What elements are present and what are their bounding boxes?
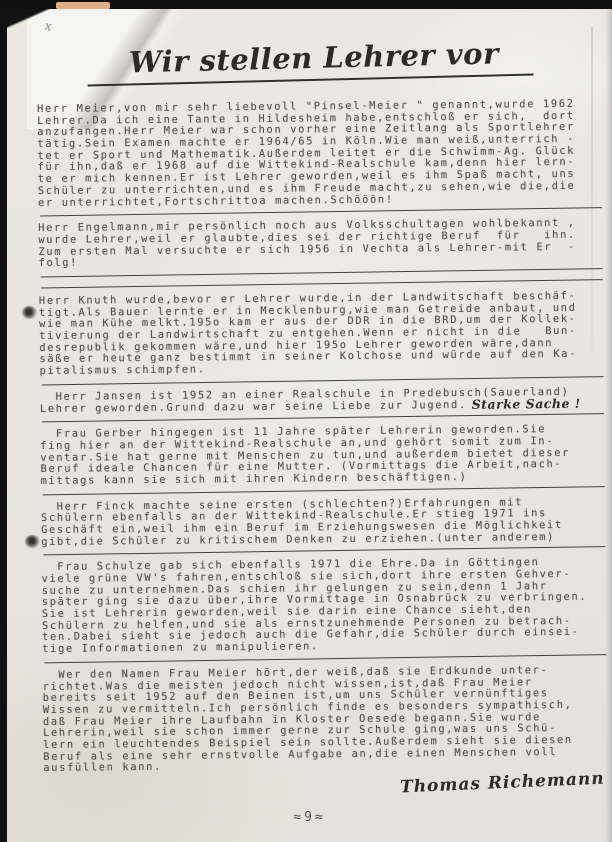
page-title: Wir stellen Lehrer vor: [128, 36, 499, 79]
scanner-edge-left: [0, 0, 7, 842]
author-signature: Thomas Richemann: [400, 769, 605, 798]
separator-line: [43, 546, 605, 555]
paragraph-frau-gerber: Frau Gerber hingegen ist 11 Jahre später…: [40, 424, 607, 488]
paragraph-herr-finck: Herr Finck machte seine ersten (schlecht…: [41, 496, 607, 548]
separator-line: [42, 413, 604, 422]
tape-mark: [56, 2, 110, 9]
paragraph-herr-meier: Herr Meier,von mir sehr liebevoll "Pinse…: [37, 99, 604, 210]
separator-line: [41, 268, 603, 288]
paragraph-herr-jansen: Herr Jansen ist 1952 an einer Realschule…: [40, 386, 606, 415]
paragraph-herr-engelmann: Herr Engelmann,mir persönlich noch aus V…: [38, 218, 604, 270]
separator-line: [44, 654, 606, 663]
paragraph-frau-schulze: Frau Schulze gab sich ebenfalls 1971 die…: [41, 557, 608, 656]
handwritten-annotation: Starke Sache !: [467, 396, 581, 412]
separator-line: [40, 207, 602, 216]
text-column: Herr Meier,von mir sehr liebevoll "Pinse…: [37, 99, 609, 775]
paragraph-herr-knuth: Herr Knuth wurde,bevor er Lehrer wurde,i…: [39, 290, 606, 377]
punch-hole-top: [22, 306, 37, 319]
separator-line: [43, 486, 605, 495]
page-number: ≈9≈: [293, 810, 325, 825]
punch-hole-bottom: [25, 535, 40, 548]
separator-line: [42, 376, 604, 385]
title-underline: Wir stellen Lehrer vor: [86, 36, 533, 87]
paper-sheet: x Wir stellen Lehrer vor Herr Meier,von …: [7, 9, 612, 842]
paper-corner: [7, 9, 72, 32]
scanned-page: x Wir stellen Lehrer vor Herr Meier,von …: [0, 0, 612, 842]
paragraph-frau-meier: Wer den Namen Frau Meier hört,der weiß,d…: [42, 664, 609, 775]
